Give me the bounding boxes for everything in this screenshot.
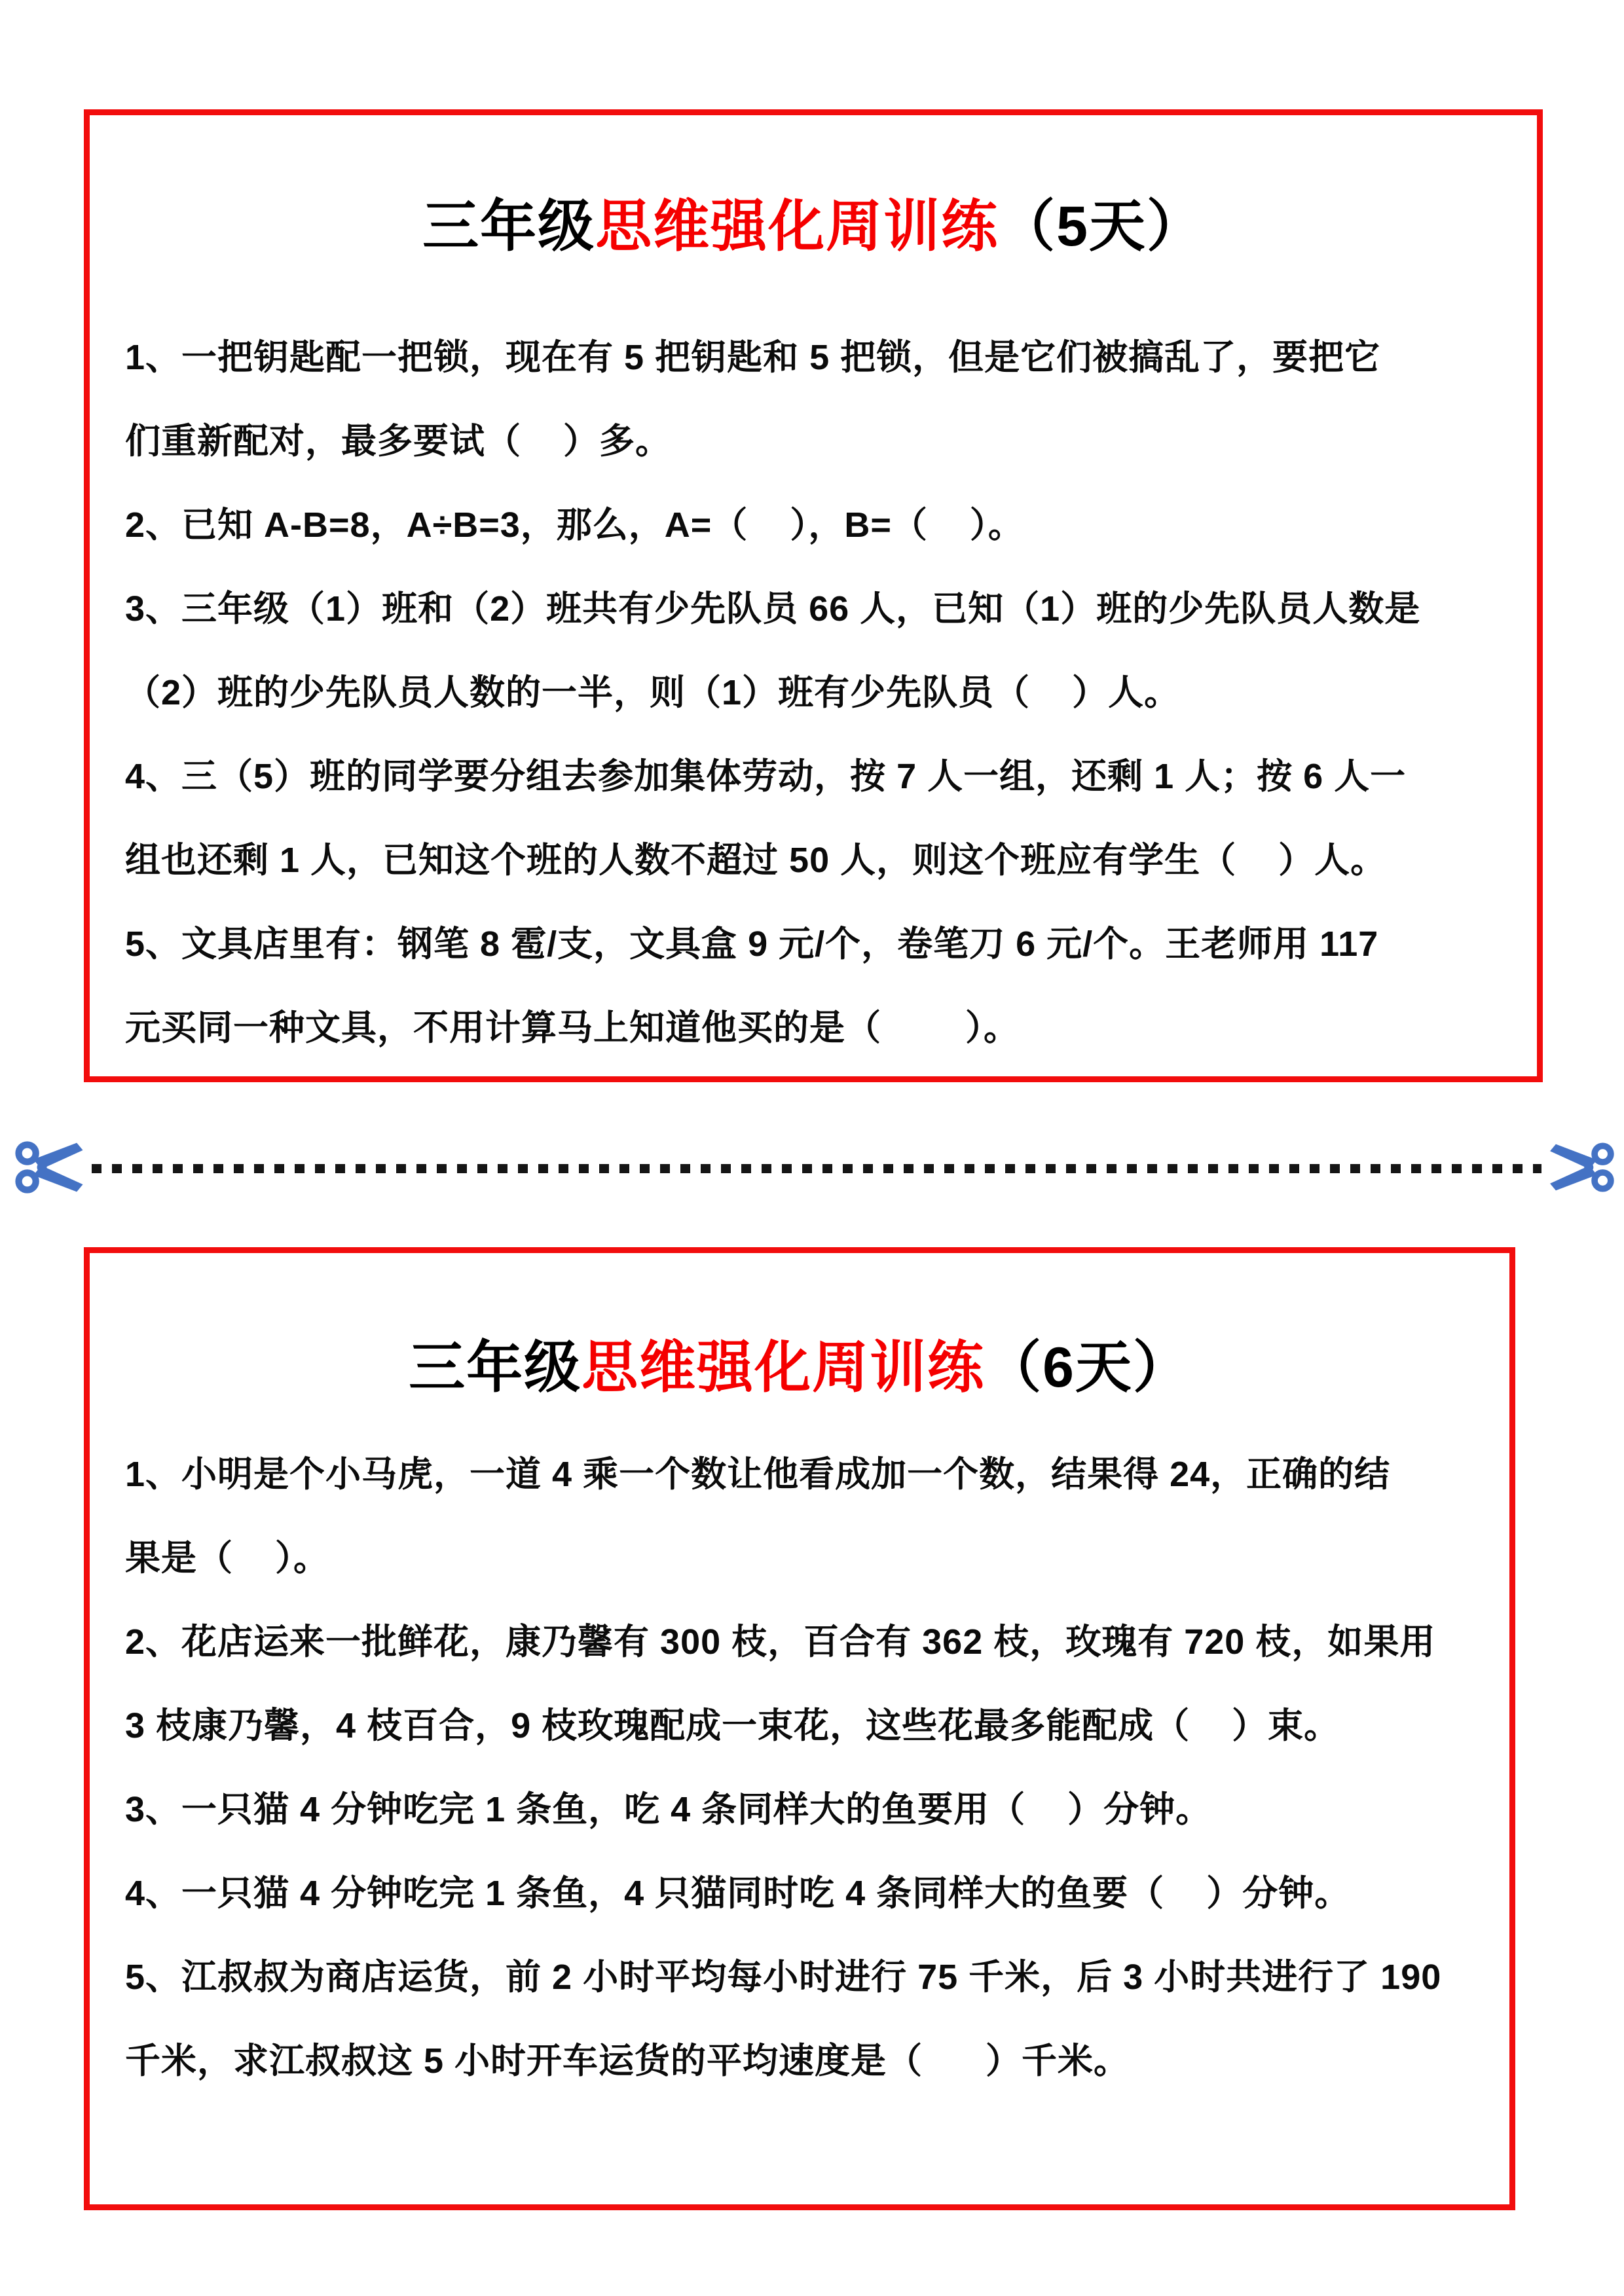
question-line: （2）班的少先队员人数的一半，则（1）班有少先队员（ ）人。 [125, 651, 1502, 735]
question-line: 2、已知 A-B=8，A÷B=3，那么，A=（ ），B=（ ）。 [125, 483, 1502, 567]
question-line: 3、三年级（1）班和（2）班共有少先队员 66 人，已知（1）班的少先队员人数是 [125, 567, 1502, 651]
question-line: 3 枝康乃馨，4 枝百合，9 枝玫瑰配成一束花，这些花最多能配成（ ）束。 [125, 1684, 1474, 1768]
title-day-count: （6天） [985, 1336, 1190, 1399]
title-grade: 三年级 [409, 1336, 581, 1399]
worksheet-title-day6: 三年级思维强化周训练（6天） [90, 1322, 1509, 1403]
question-line: 4、一只猫 4 分钟吃完 1 条鱼，4 只猫同时吃 4 条同样大的鱼要（ ）分钟… [125, 1851, 1474, 1935]
worksheet-card-day5: 三年级思维强化周训练（5天） 1、一把钥匙配一把锁，现在有 5 把钥匙和 5 把… [84, 109, 1543, 1082]
question-line: 5、江叔叔为商店运货，前 2 小时平均每小时进行 75 千米，后 3 小时共进行… [125, 1935, 1474, 2019]
title-highlight: 思维强化周训练 [581, 1336, 985, 1399]
question-list: 1、一把钥匙配一把锁，现在有 5 把钥匙和 5 把锁，但是它们被搞乱了，要把它 … [90, 316, 1537, 1070]
question-list: 1、小明是个小马虎，一道 4 乘一个数让他看成加一个数，结果得 24，正确的结 … [90, 1432, 1509, 2103]
question-line: 2、花店运来一批鲜花，康乃馨有 300 枝，百合有 362 枝，玫瑰有 720 … [125, 1600, 1474, 1684]
question-line: 1、小明是个小马虎，一道 4 乘一个数让他看成加一个数，结果得 24，正确的结 [125, 1432, 1474, 1516]
worksheet-page: 三年级思维强化周训练（5天） 1、一把钥匙配一把锁，现在有 5 把钥匙和 5 把… [0, 0, 1624, 2296]
dashed-cut-line [92, 1164, 1541, 1173]
question-line: 果是（ ）。 [125, 1516, 1474, 1600]
cut-line-divider [14, 1131, 1615, 1203]
scissors-left-icon [14, 1136, 88, 1199]
worksheet-card-day6: 三年级思维强化周训练（6天） 1、小明是个小马虎，一道 4 乘一个数让他看成加一… [84, 1247, 1515, 2210]
question-line: 4、三（5）班的同学要分组去参加集体劳动，按 7 人一组，还剩 1 人；按 6 … [125, 735, 1502, 818]
title-highlight: 思维强化周训练 [595, 195, 999, 258]
question-line: 们重新配对，最多要试（ ）多。 [125, 399, 1502, 483]
question-line: 1、一把钥匙配一把锁，现在有 5 把钥匙和 5 把锁，但是它们被搞乱了，要把它 [125, 316, 1502, 399]
question-line: 组也还剩 1 人，已知这个班的人数不超过 50 人，则这个班应有学生（ ）人。 [125, 818, 1502, 902]
scissors-right-icon [1545, 1137, 1615, 1197]
question-line: 5、文具店里有：钢笔 8 雹/支，文具盒 9 元/个，卷笔刀 6 元/个。王老师… [125, 902, 1502, 986]
question-line: 元买同一种文具，不用计算马上知道他买的是（ ）。 [125, 986, 1502, 1070]
title-day-count: （5天） [999, 195, 1204, 258]
question-line: 3、一只猫 4 分钟吃完 1 条鱼，吃 4 条同样大的鱼要用（ ）分钟。 [125, 1768, 1474, 1851]
title-grade: 三年级 [422, 195, 595, 258]
worksheet-title-day5: 三年级思维强化周训练（5天） [90, 181, 1537, 262]
question-line: 千米，求江叔叔这 5 小时开车运货的平均速度是（ ）千米。 [125, 2019, 1474, 2103]
